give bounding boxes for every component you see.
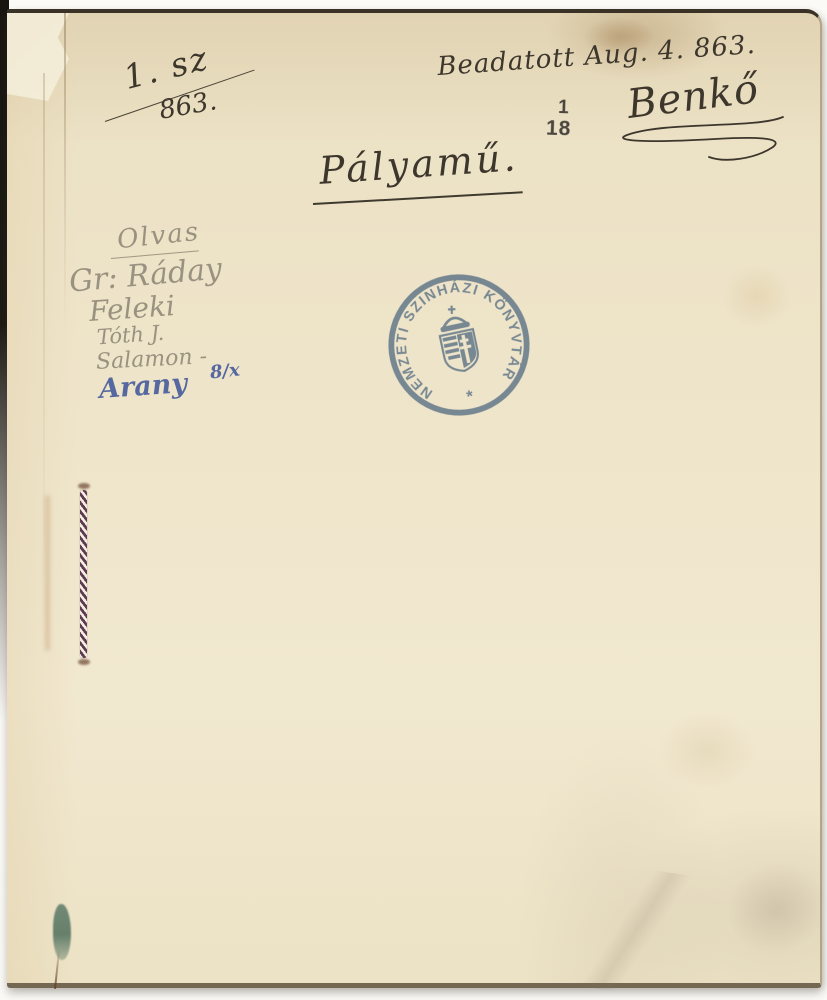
- smudge-stain: [559, 860, 705, 1000]
- stamp-separator: *: [465, 386, 476, 406]
- shelf-mark-stamp: 1 18: [540, 96, 578, 141]
- stitch-hole: [78, 659, 90, 665]
- reader-name: Tóth J.: [96, 323, 164, 349]
- reader-name-highlighted: Arany: [98, 370, 188, 403]
- reader-list-heading: Olvas: [116, 219, 201, 254]
- fold-crease: [64, 13, 66, 333]
- reader-name-mark: 8/x: [209, 361, 241, 382]
- signature-flourish: [605, 113, 800, 168]
- coat-of-arms-icon: [434, 302, 481, 375]
- archival-number-numerator: 1. sz: [120, 41, 212, 94]
- thread-impression: [45, 495, 50, 651]
- archival-number-denominator: 863.: [157, 88, 219, 124]
- smudge-stain: [715, 849, 827, 968]
- library-stamp: NEMZETI SZINHÁZI KÖNYVTÁR *: [371, 257, 547, 433]
- green-paint-mark: [53, 904, 71, 960]
- manuscript-page: 1. sz 863. Beadatott Aug. 4. 863. Benkő …: [7, 9, 822, 988]
- stitch-hole: [78, 483, 90, 489]
- page-title: Pályamű.: [318, 138, 520, 190]
- torn-corner-flap: [7, 13, 69, 101]
- binding-thread: [80, 490, 87, 658]
- scanned-manuscript: { "document": { "archival_number": { "nu…: [0, 0, 827, 1000]
- title-underline: [313, 191, 523, 205]
- shelf-mark-bottom: 18: [540, 116, 577, 141]
